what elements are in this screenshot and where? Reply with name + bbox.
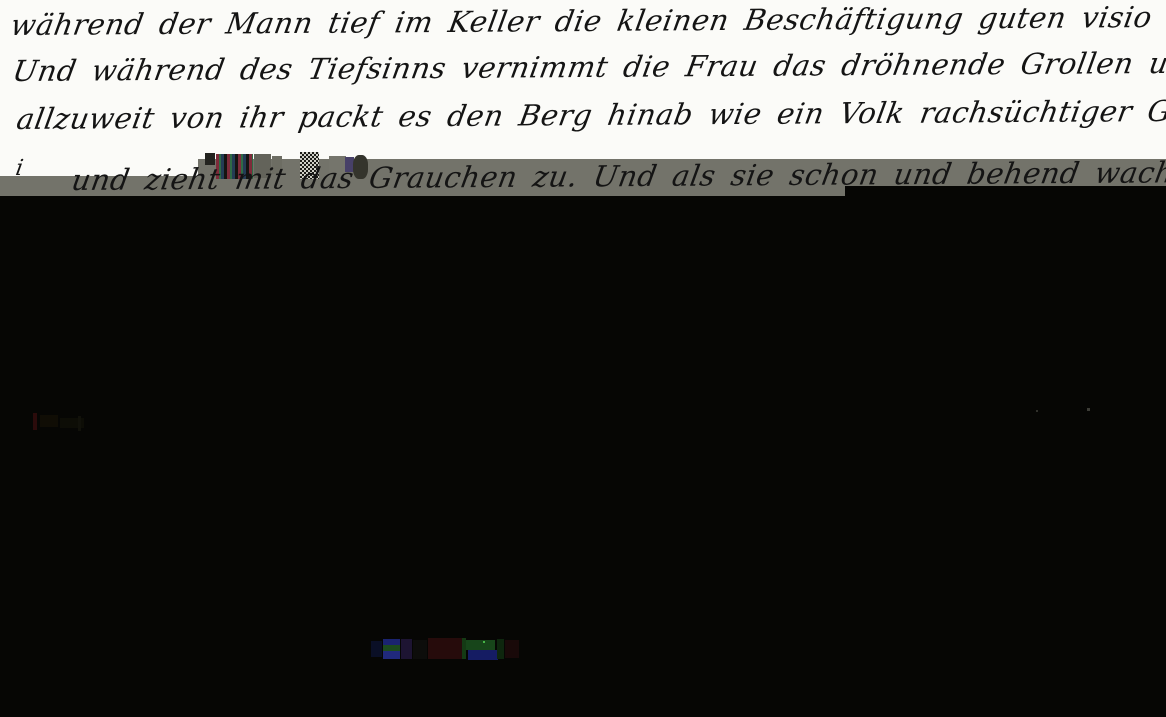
manuscript-scan: gejagt zog gen Zug jagt gut zag jung zog… <box>0 0 1166 717</box>
handwriting-line-1: während der Mann tief im Keller die klei… <box>8 0 1166 42</box>
corrupted-black-step <box>845 186 1166 197</box>
handwriting-line-2: Und während des Tiefsinns vernimmt die F… <box>10 45 1166 88</box>
handwriting-line-3: allzuweit von ihr packt es den Berg hina… <box>14 93 1166 136</box>
corrupted-black-region <box>0 196 1166 717</box>
